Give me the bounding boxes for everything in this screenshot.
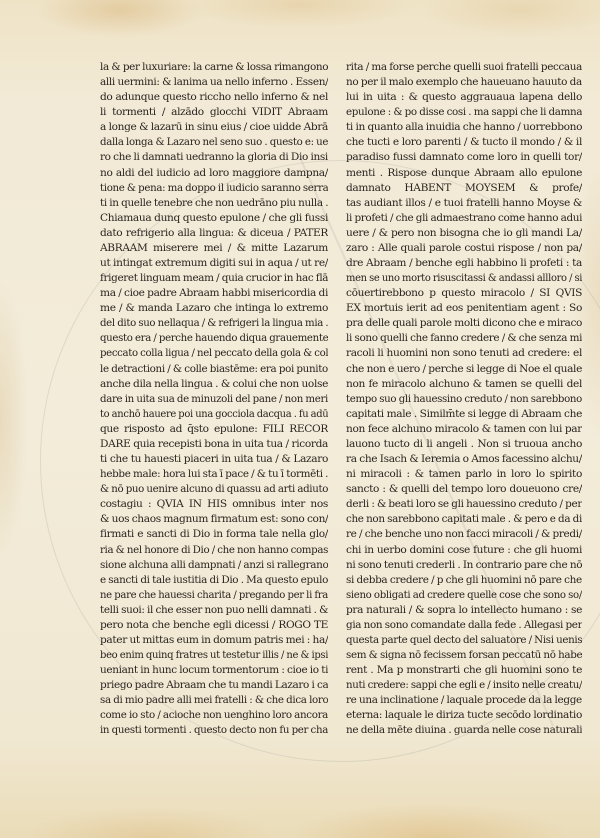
- text-line: beo enim quinq fratres ut testetur illis…: [100, 648, 328, 663]
- text-line: sa di mio padre alli mei fratelli : & ch…: [100, 693, 328, 708]
- text-line: damnato HABENT MOYSEM & profe/: [346, 181, 582, 196]
- text-line: le detractioni / & colle biastēme: era p…: [100, 362, 328, 377]
- text-line: Chiamaua dunq questo epulone / che gli f…: [100, 211, 328, 226]
- text-column-left: la & per luxuriare: la carne & lossa rim…: [100, 60, 328, 739]
- text-line: non fece alchuno miracolo & tamen con lu…: [346, 422, 582, 437]
- text-line: rita / ma forse perche quelli suoi frate…: [346, 60, 582, 75]
- text-line: cōuertirebbono p questo miracolo / SI QV…: [346, 286, 582, 301]
- text-line: chi in uerbo domini cose future : che gl…: [346, 543, 582, 558]
- text-line: men se uno morto risuscitassi & andassi …: [346, 271, 582, 286]
- text-line: ni sono tenuti crederli . In contrario p…: [346, 558, 582, 573]
- text-line: che tucti e loro parenti / & tucto il mo…: [346, 135, 582, 150]
- text-line: uere / & pero non bisogna che io gli man…: [346, 226, 582, 241]
- text-line: ra che Isach & Ieremia o Amos facessino …: [346, 452, 582, 467]
- text-line: pra delle quali parole molti dicono che …: [346, 316, 582, 331]
- text-line: nuti credere: sappi che egli e / insito …: [346, 678, 582, 693]
- text-line: li sono quelli che fanno credere / & che…: [346, 331, 582, 346]
- text-line: si debba credere / p che gli huomini nō …: [346, 573, 582, 588]
- text-line: ti che tu hauesti piaceri in uita tua / …: [100, 452, 328, 467]
- text-line: a longe & lazarū in sinu eius / cioe uid…: [100, 120, 328, 135]
- text-line: me / & manda Lazaro che intinga lo extre…: [100, 301, 328, 316]
- text-line: questo era / perche hauendo diqua grauem…: [100, 331, 328, 346]
- text-line: ma / cioe padre Abraam habbi misericordi…: [100, 286, 328, 301]
- text-line: peccato colla ligua / nel peccato della …: [100, 346, 328, 361]
- text-line: questa parte quel decto del saluatore / …: [346, 633, 582, 648]
- text-line: gia non sono comandate dalla fede . Alle…: [346, 618, 582, 633]
- text-line: ABRAAM miserere mei / & mitte Lazarum: [100, 241, 328, 256]
- text-line: to anchō hauere poi una gocciola dacqua …: [100, 407, 328, 422]
- text-line: dare in uita sua de minuzoli del pane / …: [100, 392, 328, 407]
- text-line: ne pare che hauessi charita / pregando p…: [100, 588, 328, 603]
- text-line: sem & signa nō fecissem forsan peccatū n…: [346, 648, 582, 663]
- text-line: alli uermini: & lanima ua nello inferno …: [100, 75, 328, 90]
- text-line: pater ut mittas eum in domum patris mei …: [100, 633, 328, 648]
- text-line: pra naturali / & sopra lo intellecto hum…: [346, 603, 582, 618]
- text-line: re / che benche uno non facci miracoli /…: [346, 527, 582, 542]
- text-line: la & per luxuriare: la carne & lossa rim…: [100, 60, 328, 75]
- text-line: in questi tormenti . questo decto non fu…: [100, 723, 328, 738]
- text-line: ni miracoli : & tamen parlo in loro lo s…: [346, 467, 582, 482]
- text-line: lauono tucto di li angeli . Non si truou…: [346, 437, 582, 452]
- text-line: no per il malo exemplo che haueuano hauu…: [346, 75, 582, 90]
- text-line: tempo suo gli hauessino creduto / non sa…: [346, 392, 582, 407]
- text-line: re una inclinatione / laquale procede da…: [346, 693, 582, 708]
- text-line: e sancti di tale iustitia di Dio . Ma qu…: [100, 573, 328, 588]
- text-line: del dito suo nellaqua / & refrigeri la l…: [100, 316, 328, 331]
- text-line: tione & pena: ma doppo il iudicio sarann…: [100, 181, 328, 196]
- text-line: li tormenti / alzādo glocchi VIDIT Abraa…: [100, 105, 328, 120]
- text-line: no aldi del iudicio ad loro maggiore dam…: [100, 166, 328, 181]
- text-line: EX mortuis ierit ad eos penitentiam agen…: [346, 301, 582, 316]
- text-line: li profeti / che gli admaestrano come ha…: [346, 211, 582, 226]
- text-line: dato refrigerio alla lingua: & diceua / …: [100, 226, 328, 241]
- text-line: come io sto / acioche non uenghino loro …: [100, 708, 328, 723]
- text-line: pero nota che benche egli dicessi / ROGO…: [100, 618, 328, 633]
- text-line: DARE quia recepisti bona in uita tua / r…: [100, 437, 328, 452]
- manuscript-page: la & per luxuriare: la carne & lossa rim…: [0, 0, 600, 838]
- text-line: che non sarebbono capitati male . & pero…: [346, 512, 582, 527]
- text-line: ti in quanto alla inuidia che hanno / uo…: [346, 120, 582, 135]
- text-line: hebbe male: hora lui sta ī pace / & tu ī…: [100, 467, 328, 482]
- text-line: sione alchuna alli dampnati / anzi si ra…: [100, 558, 328, 573]
- text-line: eterna: laquale le diriza tucte secōdo l…: [346, 708, 582, 723]
- text-line: que risposto ad q̄sto epulone: FILI RECO…: [100, 422, 328, 437]
- text-line: priego padre Abraam che tu mandi Lazaro …: [100, 678, 328, 693]
- text-line: lui in uita : & questo aggrauaua lapena …: [346, 90, 582, 105]
- text-line: anche dila nella lingua . & colui che no…: [100, 377, 328, 392]
- text-line: non fe miracolo alchuno & tamen se quell…: [346, 377, 582, 392]
- text-line: ut intingat extremum digiti sui in aqua …: [100, 256, 328, 271]
- text-line: dalla longa & Lazaro nel seno suo . ques…: [100, 135, 328, 150]
- text-line: ne della mēte diuina . guarda nelle cose…: [346, 723, 582, 738]
- text-line: sancto : & quelli del tempo loro doueuon…: [346, 482, 582, 497]
- text-line: ria & nel honore di Dio / che non hanno …: [100, 543, 328, 558]
- text-line: firmati e sancti di Dio in forma tale ne…: [100, 527, 328, 542]
- text-line: capitati male . Similm̄te si legge di Ab…: [346, 407, 582, 422]
- text-line: ro che li damnati uedranno la gloria di …: [100, 150, 328, 165]
- text-line: che non e uero / perche si legge di Noe …: [346, 362, 582, 377]
- text-line: zaro : Alle quali parole costui rispose …: [346, 241, 582, 256]
- text-line: & nō puo uenire alcuno di quassu ad arti…: [100, 482, 328, 497]
- text-line: costagiu : QVIA IN HIS omnibus inter nos: [100, 497, 328, 512]
- text-line: telli suoi: il che esser non puo nelli d…: [100, 603, 328, 618]
- text-line: ti in quelle tenebre che non uedrāno piu…: [100, 196, 328, 211]
- text-line: sieno obligati ad credere quelle cose ch…: [346, 588, 582, 603]
- text-line: & uos chaos magnum firmatum est: sono co…: [100, 512, 328, 527]
- text-line: frigeret linguam meam / quia crucior in …: [100, 271, 328, 286]
- text-column-right: rita / ma forse perche quelli suoi frate…: [346, 60, 582, 739]
- text-line: paradiso fussi damnato come loro in quel…: [346, 150, 582, 165]
- text-line: rent . Ma p monstrarti che gli huomini s…: [346, 663, 582, 678]
- text-line: epulone : & po disse cosi . ma sappi che…: [346, 105, 582, 120]
- text-line: ueniant in hunc locum tormentorum : cioe…: [100, 663, 328, 678]
- text-line: derli : & beati loro se gli hauessino cr…: [346, 497, 582, 512]
- text-line: dre Abraam / benche egli habbino li prof…: [346, 256, 582, 271]
- text-line: racoli li huomini non sono tenuti ad cre…: [346, 346, 582, 361]
- text-line: do adunque questo riccho nello inferno &…: [100, 90, 328, 105]
- text-line: menti . Rispose dunque Abraam allo epulo…: [346, 166, 582, 181]
- text-line: tas audiant illos / e tuoi fratelli hann…: [346, 196, 582, 211]
